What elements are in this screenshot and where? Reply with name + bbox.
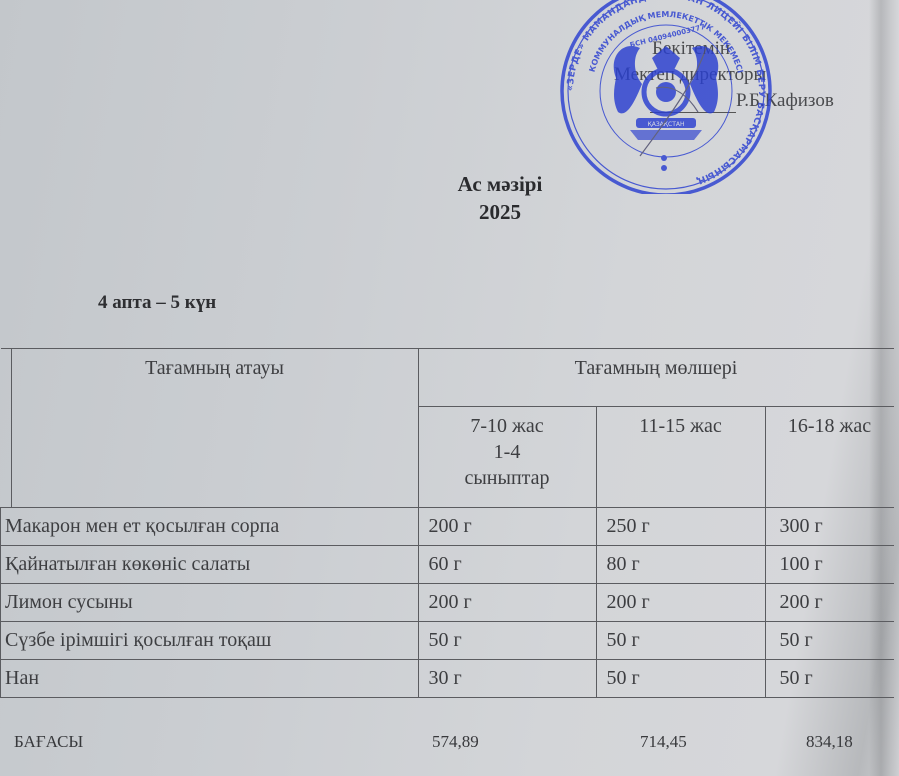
amount-16-18: 200 г [765, 584, 894, 622]
amount-16-18: 50 г [765, 622, 894, 660]
amount-16-18: 50 г [765, 660, 894, 698]
document-title-block: Ас мәзірі 2025 [380, 170, 620, 226]
grade-range: 1-4 [419, 439, 596, 465]
amount-7-10: 60 г [418, 546, 596, 584]
grade-label: сыныптар [419, 465, 596, 491]
official-stamp-icon: «ЗЕРДЕ» МАМАНДАНДЫРЫЛҒАН ЛИЦЕЙІ БІЛІМ БЕ… [556, 0, 776, 194]
price-16-18: 834,18 [806, 732, 853, 752]
table-row: Лимон сусыны 200 г 200 г 200 г [1, 584, 894, 622]
table-stub-cell [1, 349, 12, 508]
header-age-16-18: 16-18 жас [765, 407, 894, 508]
document-title: Ас мәзірі [380, 170, 620, 198]
amount-7-10: 30 г [418, 660, 596, 698]
amount-7-10: 200 г [418, 584, 596, 622]
header-quantity: Тағамның мөлшері [418, 349, 894, 407]
price-11-15: 714,45 [640, 732, 687, 752]
amount-11-15: 80 г [596, 546, 765, 584]
amount-11-15: 200 г [596, 584, 765, 622]
header-age-11-15: 11-15 жас [596, 407, 765, 508]
header-dish-name: Тағамның атауы [11, 349, 418, 508]
age-label: 16-18 жас [766, 413, 894, 439]
document-year: 2025 [380, 198, 620, 226]
dish-name: Макарон мен ет қосылған сорпа [1, 508, 419, 546]
stamp-bin: БСН 040940003777 [629, 23, 706, 49]
menu-table: Тағамның атауы Тағамның мөлшері 7-10 жас… [0, 348, 894, 698]
amount-11-15: 50 г [596, 622, 765, 660]
amount-11-15: 250 г [596, 508, 765, 546]
price-7-10: 574,89 [432, 732, 479, 752]
price-label: БАҒАСЫ [14, 732, 83, 752]
dish-name: Қайнатылған көкөніс салаты [1, 546, 419, 584]
amount-7-10: 200 г [418, 508, 596, 546]
dish-name: Сүзбе ірімшігі қосылған тоқаш [1, 622, 419, 660]
emblem-icon [614, 46, 719, 171]
table-row: Сүзбе ірімшігі қосылған тоқаш 50 г 50 г … [1, 622, 894, 660]
dish-name: Лимон сусыны [1, 584, 419, 622]
amount-16-18: 100 г [765, 546, 894, 584]
table-row: Қайнатылған көкөніс салаты 60 г 80 г 100… [1, 546, 894, 584]
amount-16-18: 300 г [765, 508, 894, 546]
table-row: Макарон мен ет қосылған сорпа 200 г 250 … [1, 508, 894, 546]
age-label: 7-10 жас [419, 413, 596, 439]
age-label: 11-15 жас [597, 413, 765, 439]
amount-7-10: 50 г [418, 622, 596, 660]
dish-name: Нан [1, 660, 419, 698]
emblem-label: ҚАЗАҚСТАН [647, 121, 684, 128]
week-day-label: 4 апта – 5 күн [98, 292, 216, 314]
amount-11-15: 50 г [596, 660, 765, 698]
table-row: Нан 30 г 50 г 50 г [1, 660, 894, 698]
header-age-7-10: 7-10 жас 1-4 сыныптар [418, 407, 596, 508]
